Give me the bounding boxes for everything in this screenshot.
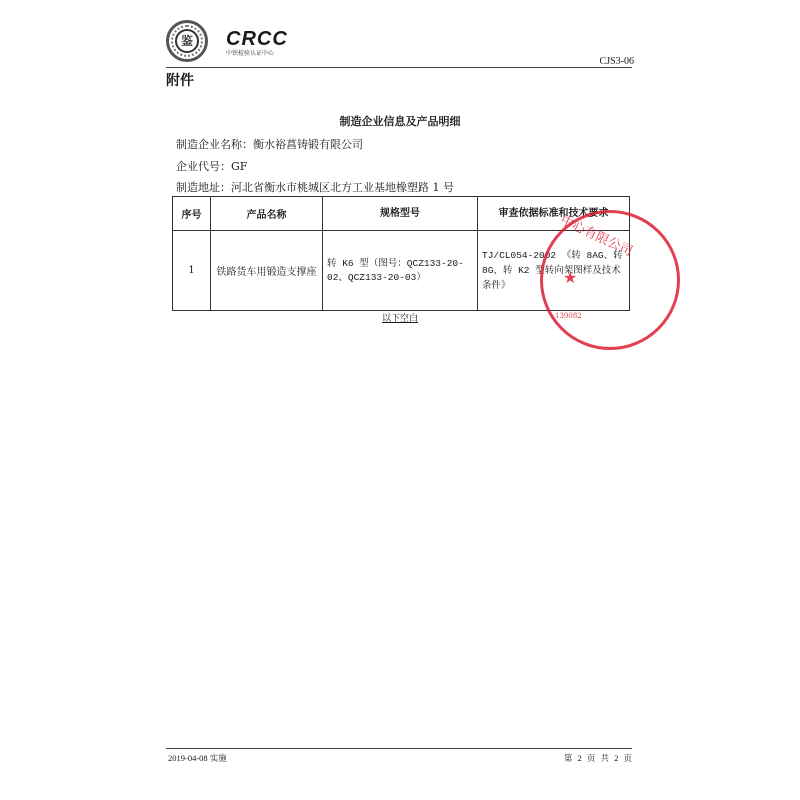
company-code-field: 企业代号：GF [176, 158, 247, 174]
brand-subtitle: 中铁检验认证中心 [226, 48, 274, 57]
footer-divider [166, 748, 632, 749]
header-product-name: 产品名称 [211, 197, 323, 231]
field-label: 企业代号： [176, 160, 231, 173]
effective-date: 2019-04-08 实施 [168, 752, 227, 764]
header-index: 序号 [173, 197, 211, 231]
address-field: 制造地址：河北省衡水市桃城区北方工业基地橡塑路 1 号 [176, 179, 454, 195]
header-standard: 审查依据标准和技术要求 [478, 197, 630, 231]
product-table: 序号 产品名称 规格型号 审查依据标准和技术要求 1 铁路货车用锻造支撑座 转 … [172, 196, 630, 311]
cell-standard: TJ/CL054-2002 《转 8AG、转 8G、转 K2 型转向架图样及技术… [478, 231, 630, 311]
page-number: 第 2 页 共 2 页 [564, 752, 632, 764]
field-label: 制造企业名称： [176, 138, 253, 151]
cell-product-name: 铁路货车用锻造支撑座 [211, 231, 323, 311]
company-name-field: 制造企业名称：衡水裕菖铸锻有限公司 [176, 136, 363, 152]
document-title: 制造企业信息及产品明细 [0, 113, 800, 129]
cell-model: 转 K6 型（图号：QCZ133-20-02、QCZ133-20-03） [323, 231, 478, 311]
crcc-seal-logo: 鉴 [166, 20, 208, 62]
header-model: 规格型号 [323, 197, 478, 231]
table-header-row: 序号 产品名称 规格型号 审查依据标准和技术要求 [173, 197, 630, 231]
table-row: 1 铁路货车用锻造支撑座 转 K6 型（图号：QCZ133-20-02、QCZ1… [173, 231, 630, 311]
header-divider [166, 67, 632, 68]
field-value: GF [231, 160, 247, 173]
attachment-label: 附件 [166, 70, 194, 90]
field-value: 衡水裕菖铸锻有限公司 [253, 138, 363, 151]
seal-ring-decoration [171, 25, 203, 57]
cell-index: 1 [173, 231, 211, 311]
field-value: 河北省衡水市桃城区北方工业基地橡塑路 1 号 [231, 181, 454, 194]
field-label: 制造地址： [176, 181, 231, 194]
form-code: CJS3-06 [600, 56, 634, 67]
blank-below-note: 以下空白 [0, 311, 800, 324]
